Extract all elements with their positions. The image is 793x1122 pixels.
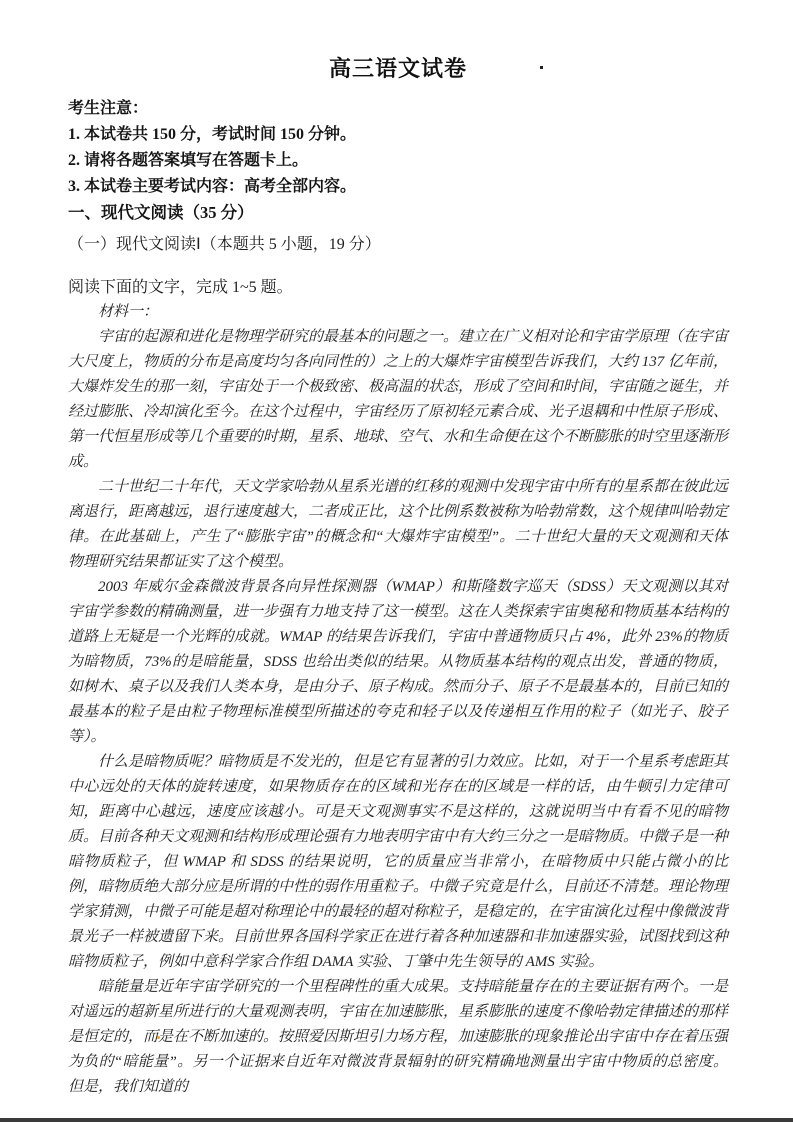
- passage-paragraph-2: 二十世纪二十年代，天文学家哈勃从星系光谱的红移的观测中发现宇宙中所有的星系都在彼…: [68, 475, 728, 575]
- passage-paragraph-1: 宇宙的起源和进化是物理学研究的最基本的问题之一。建立在广义相对论和宇宙学原理（在…: [68, 325, 728, 475]
- notice-heading: 考生注意：: [68, 96, 728, 122]
- passage-paragraph-4: 什么是暗物质呢？暗物质是不发光的，但是它有显著的引力效应。比如，对于一个星系考虑…: [68, 750, 728, 975]
- material-label: 材料一：: [68, 300, 728, 325]
- notice-item-2: 2. 请将各题答案填写在答题卡上。: [68, 148, 728, 174]
- notice-item-1: 1. 本试卷共 150 分，考试时间 150 分钟。: [68, 122, 728, 148]
- reading-passage: 材料一： 宇宙的起源和进化是物理学研究的最基本的问题之一。建立在广义相对论和宇宙…: [68, 300, 728, 1100]
- exam-paper-page: 高三语文试卷 考生注意： 1. 本试卷共 150 分，考试时间 150 分钟。 …: [68, 0, 728, 1100]
- ink-speck: [540, 66, 543, 69]
- candidate-notice-block: 考生注意： 1. 本试卷共 150 分，考试时间 150 分钟。 2. 请将各题…: [68, 96, 728, 200]
- scan-dot-artifact: [157, 1036, 160, 1039]
- passage-paragraph-3: 2003 年威尔金森微波背景各向异性探测器（WMAP）和斯隆数字巡天（SDSS）…: [68, 575, 728, 750]
- page-bottom-scan-edge: [0, 1118, 793, 1122]
- notice-item-3: 3. 本试卷主要考试内容：高考全部内容。: [68, 174, 728, 200]
- section-heading-modern-reading: 一、现代文阅读（35 分）: [68, 200, 728, 226]
- subsection-heading-reading-one: （一）现代文阅读Ⅰ（本题共 5 小题，19 分）: [68, 232, 728, 257]
- reading-instruction: 阅读下面的文字，完成 1~5 题。: [68, 275, 728, 300]
- passage-paragraph-5: 暗能量是近年宇宙学研究的一个里程碑性的重大成果。支持暗能量存在的主要证据有两个。…: [68, 975, 728, 1100]
- page-title: 高三语文试卷: [68, 0, 728, 83]
